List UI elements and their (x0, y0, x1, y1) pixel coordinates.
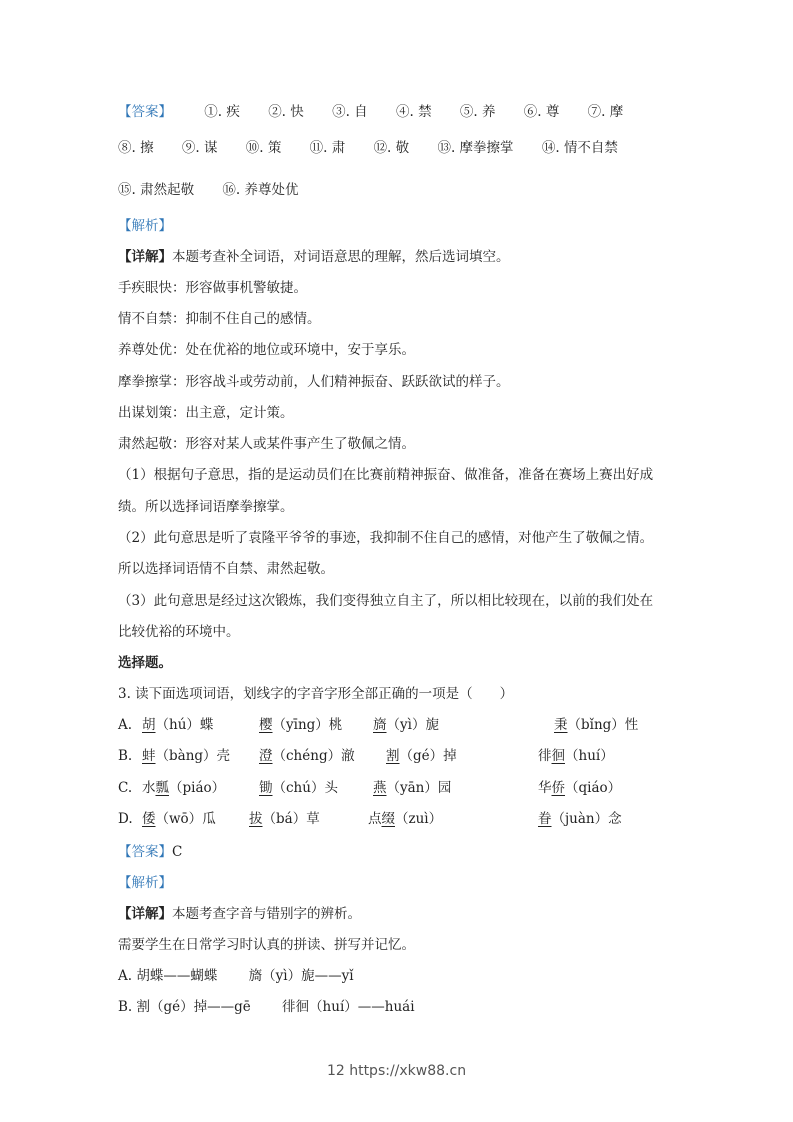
answer-item: ⑫. 敬 (374, 138, 410, 158)
answer-label: 【答案】 (118, 844, 172, 860)
option-letter: A. (118, 715, 132, 735)
answer-line-1: 【答案】 ①. 疾 ②. 快 ③. 自 ④. 禁 ⑤. 养 ⑥. 尊 ⑦. 摩 (118, 102, 623, 122)
answer-item: ⑧. 擦 (118, 138, 154, 158)
option-word: 水瓢（piáo） (142, 778, 225, 798)
analysis-text-line: 绩。所以选择词语摩拳擦掌。 (118, 497, 294, 517)
analysis-label: 【解析】 (118, 216, 172, 236)
option-b: B. 蚌（bàng）壳 澄（chéng）澈 割（gé）掉 徘徊（huí） (118, 746, 688, 766)
option-word: 胡（hú）蝶 (142, 715, 213, 735)
answer-value: C (172, 844, 182, 860)
option-word: 旖（yì）旎 (373, 715, 439, 735)
analysis-text-line: （1）根据句子意思，指的是运动员们在比赛前精神振奋、做准备，准备在赛场上赛出好成 (118, 465, 653, 485)
option-word: 拔（bá）草 (249, 809, 320, 829)
analysis-text-line: （3）此句意思是经过这次锻炼，我们变得独立自主了，所以相比较现在，以前的我们处在 (118, 591, 653, 611)
analysis-text-line: 比较优裕的环境中。 (118, 622, 240, 642)
detail-text: 本题考查补全词语，对词语意思的理解，然后选词填空。 (172, 249, 510, 265)
answer-item: ③. 自 (332, 102, 368, 122)
option-letter: D. (118, 809, 133, 829)
analysis-text-line: （2）此句意思是听了袁隆平爷爷的事迹，我抑制不住自己的感情，对他产生了敬佩之情。 (118, 528, 653, 548)
answer-item: ④. 禁 (396, 102, 432, 122)
analysis-label: 【解析】 (118, 873, 172, 893)
option-word: 割（gé）掉 (386, 746, 457, 766)
answer-item: ⑮. 肃然起敬 (118, 180, 194, 200)
answer-item: ⑯. 养尊处优 (222, 180, 298, 200)
option-word: 樱（yīng）桃 (259, 715, 342, 735)
answer-line-3: ⑮. 肃然起敬 ⑯. 养尊处优 (118, 180, 298, 200)
analysis-text-line: 出谋划策：出主意，定计策。 (118, 403, 294, 423)
option-letter: B. (118, 746, 132, 766)
option-letter: C. (118, 778, 132, 798)
analysis-text-line: A. 胡蝶——蝴蝶 旖（yì）旎——yǐ (118, 966, 354, 986)
section-title: 选择题。 (118, 653, 172, 673)
option-word: 点缀（zuì） (368, 809, 442, 829)
analysis-text-line: 情不自禁：抑制不住自己的感情。 (118, 309, 321, 329)
answer-item: ⑩. 策 (246, 138, 282, 158)
analysis-text-line: 所以选择词语情不自禁、肃然起敬。 (118, 559, 334, 579)
option-d: D. 倭（wō）瓜 拔（bá）草 点缀（zuì） 眷（juàn）念 (118, 809, 688, 829)
detail-line: 【详解】本题考查字音与错别字的辨析。 (118, 904, 361, 924)
analysis-text-line: 摩拳擦掌：形容战斗或劳动前，人们精神振奋、跃跃欲试的样子。 (118, 372, 510, 392)
option-word: 秉（bǐng）性 (554, 715, 638, 735)
answer-item: ①. 疾 (204, 102, 240, 122)
analysis-text-line: 养尊处优：处在优裕的地位或环境中，安于享乐。 (118, 340, 415, 360)
answer-item: ⑪. 肃 (310, 138, 346, 158)
question-stem: 3. 读下面选项词语，划线字的字音字形全部正确的一项是（ ） (118, 684, 513, 704)
detail-text: 本题考查字音与错别字的辨析。 (172, 906, 361, 922)
answer-item: ⑬. 摩拳擦掌 (437, 138, 513, 158)
answer-item: ⑦. 摩 (588, 102, 624, 122)
option-a: A. 胡（hú）蝶 樱（yīng）桃 旖（yì）旎 秉（bǐng）性 (118, 715, 688, 735)
analysis-text-line: 肃然起敬：形容对某人或某件事产生了敬佩之情。 (118, 434, 415, 454)
analysis-text-line: 手疾眼快：形容做事机警敏捷。 (118, 278, 307, 298)
detail-label: 【详解】 (118, 906, 172, 922)
answer-item: ②. 快 (268, 102, 304, 122)
detail-label: 【详解】 (118, 249, 172, 265)
option-word: 眷（juàn）念 (538, 809, 622, 829)
answer-item: ⑥. 尊 (524, 102, 560, 122)
option-word: 徘徊（huí） (538, 746, 614, 766)
option-word: 燕（yān）园 (373, 778, 451, 798)
page-footer: 12 https://xkw88.cn (0, 1063, 793, 1079)
answer-item: ⑭. 情不自禁 (542, 138, 618, 158)
option-word: 澄（chéng）澈 (259, 746, 355, 766)
answer-line-q3: 【答案】C (118, 842, 182, 862)
analysis-text-line: B. 割（gé）掉——gē 徘徊（huí）——huái (118, 997, 415, 1017)
option-word: 锄（chú）头 (259, 778, 338, 798)
answer-line-2: ⑧. 擦 ⑨. 谋 ⑩. 策 ⑪. 肃 ⑫. 敬 ⑬. 摩拳擦掌 ⑭. 情不自禁 (118, 138, 618, 158)
answer-label: 【答案】 (118, 104, 172, 120)
option-word: 华侨（qiáo） (538, 778, 621, 798)
analysis-text-line: 需要学生在日常学习时认真的拼读、拼写并记忆。 (118, 935, 415, 955)
detail-line: 【详解】本题考查补全词语，对词语意思的理解，然后选词填空。 (118, 247, 510, 267)
answer-item: ⑨. 谋 (182, 138, 218, 158)
option-c: C. 水瓢（piáo） 锄（chú）头 燕（yān）园 华侨（qiáo） (118, 778, 688, 798)
option-word: 倭（wō）瓜 (142, 809, 216, 829)
option-word: 蚌（bàng）壳 (142, 746, 230, 766)
answer-item: ⑤. 养 (460, 102, 496, 122)
